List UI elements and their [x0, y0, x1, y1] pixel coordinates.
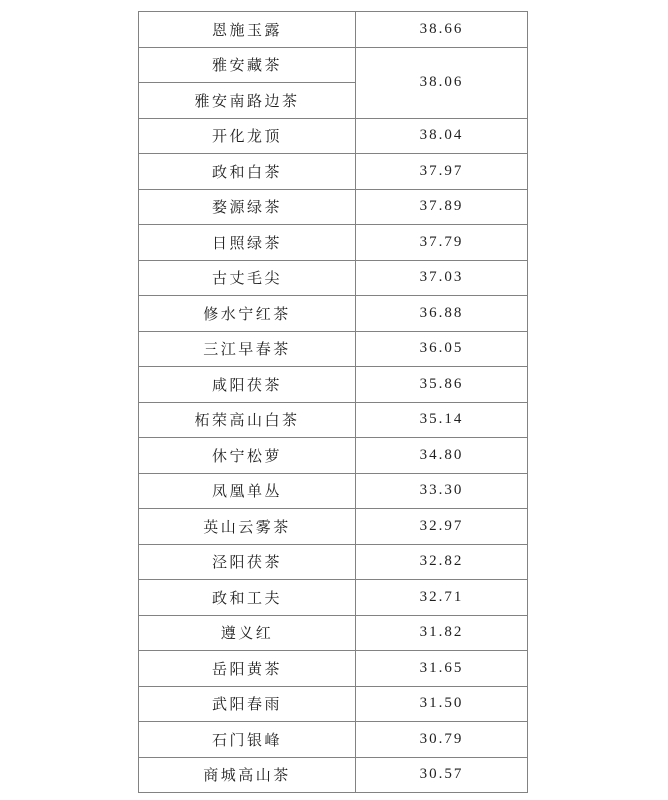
tea-score-cell: 31.82	[356, 615, 528, 651]
table-row: 英山云雾茶32.97	[139, 509, 528, 545]
table-row: 开化龙顶38.04	[139, 118, 528, 154]
tea-name-cell: 政和工夫	[139, 580, 356, 616]
table-row: 商城高山茶30.57	[139, 757, 528, 793]
table-row: 政和白茶37.97	[139, 154, 528, 190]
tea-name-cell: 凤凰单丛	[139, 473, 356, 509]
tea-score-table-body: 恩施玉露38.66雅安藏茶38.06雅安南路边茶开化龙顶38.04政和白茶37.…	[139, 12, 528, 793]
tea-score-cell: 36.05	[356, 331, 528, 367]
tea-score-cell: 34.80	[356, 438, 528, 474]
table-row: 休宁松萝34.80	[139, 438, 528, 474]
tea-score-cell: 38.06	[356, 47, 528, 118]
tea-name-cell: 开化龙顶	[139, 118, 356, 154]
tea-score-cell: 38.66	[356, 12, 528, 48]
tea-name-cell: 雅安藏茶	[139, 47, 356, 83]
table-row: 岳阳黄茶31.65	[139, 651, 528, 687]
table-row: 泾阳茯茶32.82	[139, 544, 528, 580]
tea-name-cell: 三江早春茶	[139, 331, 356, 367]
table-row: 咸阳茯茶35.86	[139, 367, 528, 403]
tea-score-cell: 30.79	[356, 722, 528, 758]
tea-score-cell: 32.97	[356, 509, 528, 545]
tea-score-cell: 37.97	[356, 154, 528, 190]
tea-score-cell: 37.79	[356, 225, 528, 261]
tea-name-cell: 日照绿茶	[139, 225, 356, 261]
tea-name-cell: 武阳春雨	[139, 686, 356, 722]
tea-score-cell: 35.14	[356, 402, 528, 438]
table-row: 恩施玉露38.66	[139, 12, 528, 48]
tea-score-cell: 31.50	[356, 686, 528, 722]
tea-score-cell: 35.86	[356, 367, 528, 403]
tea-name-cell: 咸阳茯茶	[139, 367, 356, 403]
tea-name-cell: 岳阳黄茶	[139, 651, 356, 687]
tea-score-cell: 38.04	[356, 118, 528, 154]
tea-name-cell: 遵义红	[139, 615, 356, 651]
table-row: 凤凰单丛33.30	[139, 473, 528, 509]
tea-name-cell: 休宁松萝	[139, 438, 356, 474]
tea-name-cell: 政和白茶	[139, 154, 356, 190]
tea-name-cell: 修水宁红茶	[139, 296, 356, 332]
tea-name-cell: 英山云雾茶	[139, 509, 356, 545]
tea-name-cell: 商城高山茶	[139, 757, 356, 793]
table-row: 雅安藏茶38.06	[139, 47, 528, 83]
tea-name-cell: 柘荣高山白茶	[139, 402, 356, 438]
tea-score-cell: 37.03	[356, 260, 528, 296]
tea-score-cell: 36.88	[356, 296, 528, 332]
tea-name-cell: 婺源绿茶	[139, 189, 356, 225]
table-row: 石门银峰30.79	[139, 722, 528, 758]
tea-score-cell: 30.57	[356, 757, 528, 793]
tea-name-cell: 古丈毛尖	[139, 260, 356, 296]
table-row: 柘荣高山白茶35.14	[139, 402, 528, 438]
tea-score-cell: 31.65	[356, 651, 528, 687]
tea-name-cell: 石门银峰	[139, 722, 356, 758]
table-row: 修水宁红茶36.88	[139, 296, 528, 332]
table-row: 武阳春雨31.50	[139, 686, 528, 722]
tea-name-cell: 雅安南路边茶	[139, 83, 356, 119]
table-row: 古丈毛尖37.03	[139, 260, 528, 296]
table-row: 政和工夫32.71	[139, 580, 528, 616]
tea-score-cell: 32.71	[356, 580, 528, 616]
table-row: 婺源绿茶37.89	[139, 189, 528, 225]
table-row: 日照绿茶37.79	[139, 225, 528, 261]
tea-score-cell: 37.89	[356, 189, 528, 225]
tea-name-cell: 恩施玉露	[139, 12, 356, 48]
tea-score-cell: 32.82	[356, 544, 528, 580]
tea-score-cell: 33.30	[356, 473, 528, 509]
tea-name-cell: 泾阳茯茶	[139, 544, 356, 580]
table-row: 三江早春茶36.05	[139, 331, 528, 367]
document-page: 恩施玉露38.66雅安藏茶38.06雅安南路边茶开化龙顶38.04政和白茶37.…	[0, 0, 668, 800]
tea-score-table: 恩施玉露38.66雅安藏茶38.06雅安南路边茶开化龙顶38.04政和白茶37.…	[138, 11, 528, 793]
table-row: 遵义红31.82	[139, 615, 528, 651]
